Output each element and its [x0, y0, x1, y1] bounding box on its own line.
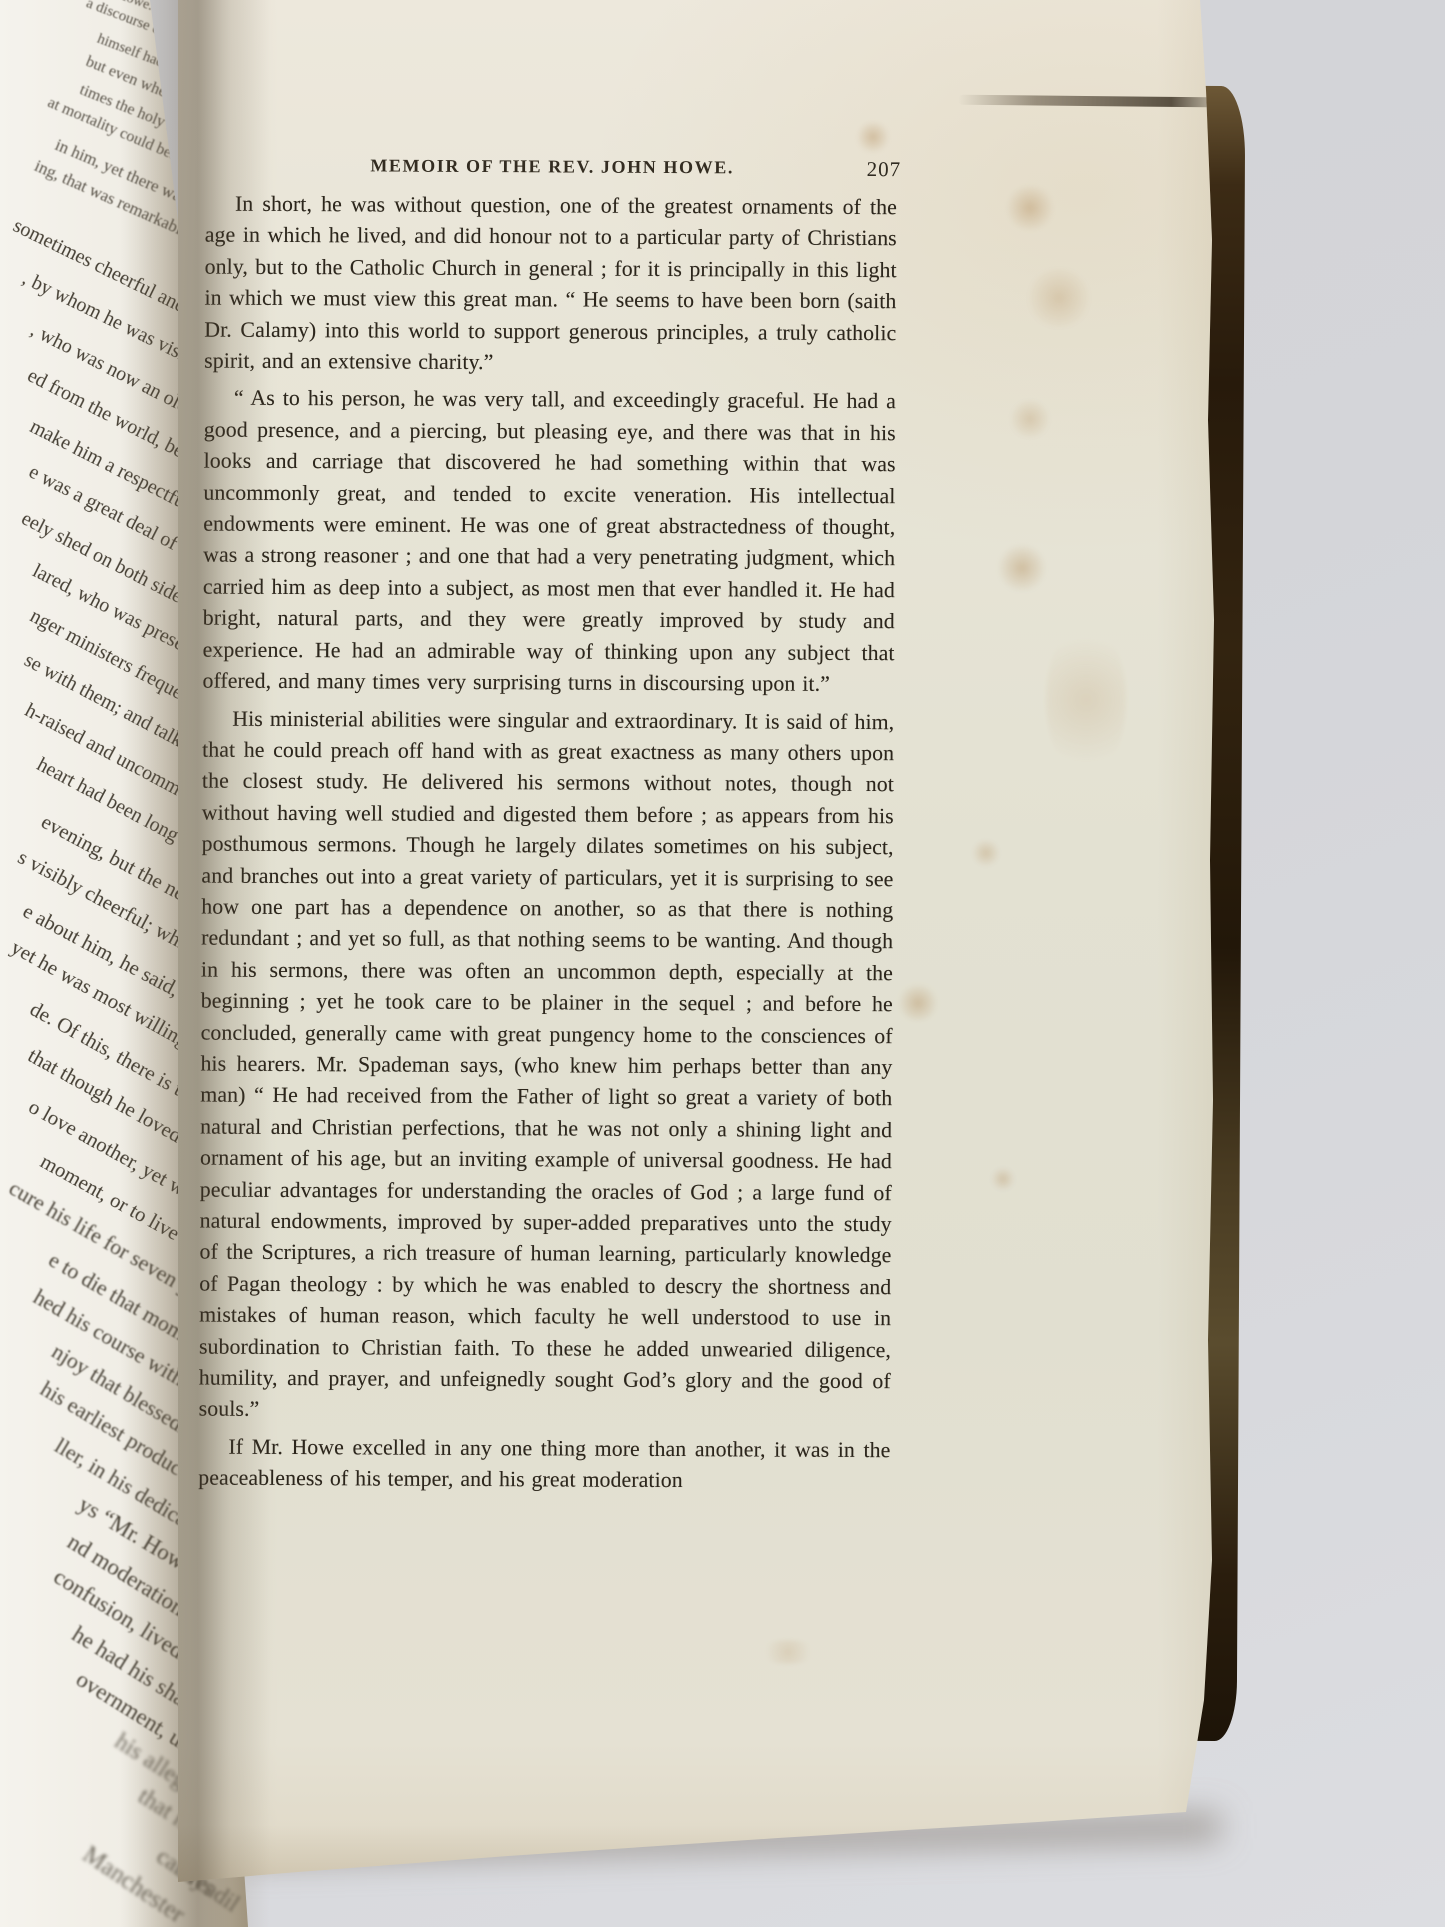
paragraph: If Mr. Howe excelled in any one thing mo… — [198, 1431, 890, 1497]
running-title: MEMOIR OF THE REV. JOHN HOWE. — [370, 155, 734, 177]
paragraph: His ministerial abilities were singular … — [199, 703, 895, 1429]
running-head: MEMOIR OF THE REV. JOHN HOWE. 207 — [205, 155, 899, 180]
memoir-text-block: In short, he was without question, one o… — [198, 189, 897, 1498]
paragraph: In short, he was without question, one o… — [204, 189, 897, 381]
right-page: MEMOIR OF THE REV. JOHN HOWE. 207 In sho… — [178, 0, 1242, 1895]
page-content: MEMOIR OF THE REV. JOHN HOWE. 207 In sho… — [169, 0, 1243, 1899]
page-number: 207 — [867, 157, 902, 182]
paragraph: “ As to his person, he was very tall, an… — [202, 383, 896, 701]
book-photograph: s Howe. a discourse on himself had but e… — [0, 0, 1445, 1927]
